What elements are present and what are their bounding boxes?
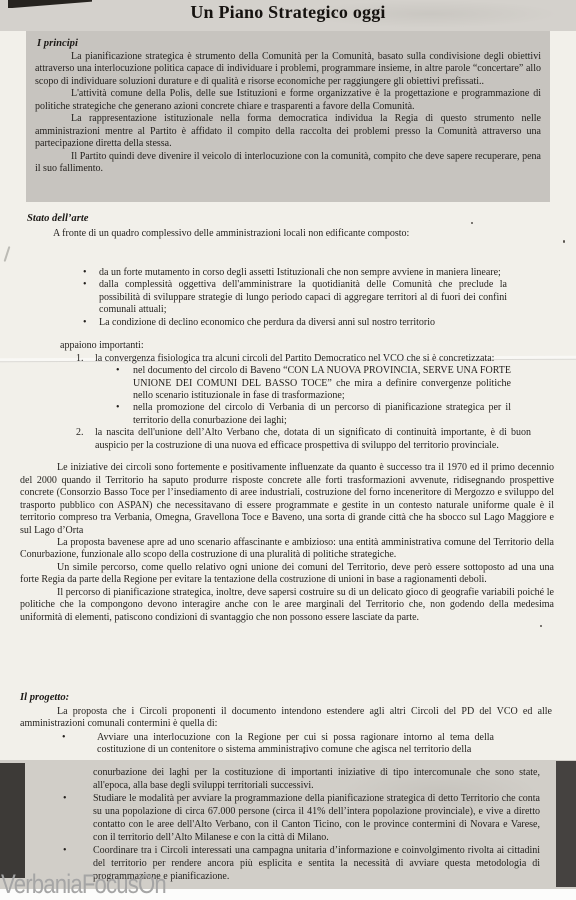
list-item-text: nella promozione del circolo di Verbania… [133,402,511,427]
list-item-text: nel documento del circolo di Baveno “CON… [133,365,511,402]
list-item: da un forte mutamento in corso degli ass… [83,267,507,279]
list-item-text: da un forte mutamento in corso degli ass… [99,267,507,279]
stato-intro: A fronte di un quadro complessivo delle … [53,228,554,240]
list-item-text: La condizione di declino economico che p… [99,317,507,329]
progetto-intro: La proposta che i Circoli proponenti il … [20,706,552,731]
page-title: Un Piano Strategico oggi [0,2,576,23]
paragraph: L'attività comune della Polis, delle sue… [35,88,541,113]
stato-bullet-list: da un forte mutamento in corso degli ass… [83,267,507,329]
list-item: La condizione di declino economico che p… [83,317,507,329]
scan-speck [333,13,335,15]
paragraph: conurbazione dei laghi per la costituzio… [93,766,540,792]
bullet-icon [83,317,99,329]
list-item: nella promozione del circolo di Verbania… [116,402,511,427]
bullet-icon [83,279,99,316]
scanned-document-page: Un Piano Strategico oggi I principi La p… [0,0,576,900]
progetto-section: Il progetto: La proposta che i Circoli p… [20,688,552,757]
stato-dellarte-section: Stato dell’arte A fronte di un quadro co… [20,206,554,624]
paragraph: Il percorso di pianificazione strategica… [20,587,554,624]
scan-speck [540,625,542,627]
nested-bullet-list: nel documento del circolo di Baveno “CON… [116,365,511,427]
progetto-heading: Il progetto: [20,691,552,704]
list-item: Avviare una interlocuzione con la Region… [62,732,494,757]
stato-paragraphs: Le iniziative dei circoli sono fortement… [20,462,554,624]
principi-heading: I principi [37,37,541,50]
numbered-list-lead: appaiono importanti: [60,340,554,352]
stato-heading: Stato dell’arte [27,212,554,225]
paragraph: Un simile percorso, come quello relativo… [20,562,554,587]
list-item-text: Avviare una interlocuzione con la Region… [97,732,494,757]
list-item-text: Studiare le modalità per avviare la prog… [93,792,540,844]
list-item: nel documento del circolo di Baveno “CON… [116,365,511,402]
watermark: VerbaniaFocusOn [1,869,166,900]
scan-pencil-mark [4,246,11,262]
bullet-icon [116,365,133,402]
item-number: 1. [76,353,95,365]
paragraph: La pianificazione strategica è strumento… [35,51,541,88]
item-number: 2. [76,427,95,452]
numbered-item: 2. la nascita dell'unione dell’Alto Verb… [76,427,531,452]
scan-edge-bar-left [0,763,25,878]
bullet-icon [62,732,97,757]
paragraph: Le iniziative dei circoli sono fortement… [20,462,554,537]
numbered-item-text: la convergenza fisiologica tra alcuni ci… [95,353,531,365]
bullet-icon [83,267,99,279]
numbered-item-text: la nascita dell'unione dell’Alto Verbano… [95,427,531,452]
list-item: dalla complessità oggettiva dell'amminis… [83,279,507,316]
scan-edge-bar-right [556,761,576,887]
paragraph: La proposta bavenese apre ad uno scenari… [20,537,554,562]
scan-speck [563,240,565,243]
scan-speck [303,752,305,754]
principi-section: I principi La pianificazione strategica … [26,31,550,202]
continuation-text: conurbazione dei laghi per la costituzio… [63,766,540,883]
list-item-text: dalla complessità oggettiva dell'amminis… [99,279,507,316]
paragraph: Il Partito quindi deve divenire il veico… [35,151,541,176]
paragraph: La rappresentazione istituzionale nella … [35,113,541,150]
numbered-item: 1. la convergenza fisiologica tra alcuni… [76,353,531,365]
bullet-icon [63,792,93,844]
scan-speck [471,222,473,224]
bullet-icon [116,402,133,427]
list-item: Studiare le modalità per avviare la prog… [63,792,540,844]
stato-numbered-list: 1. la convergenza fisiologica tra alcuni… [76,353,531,453]
